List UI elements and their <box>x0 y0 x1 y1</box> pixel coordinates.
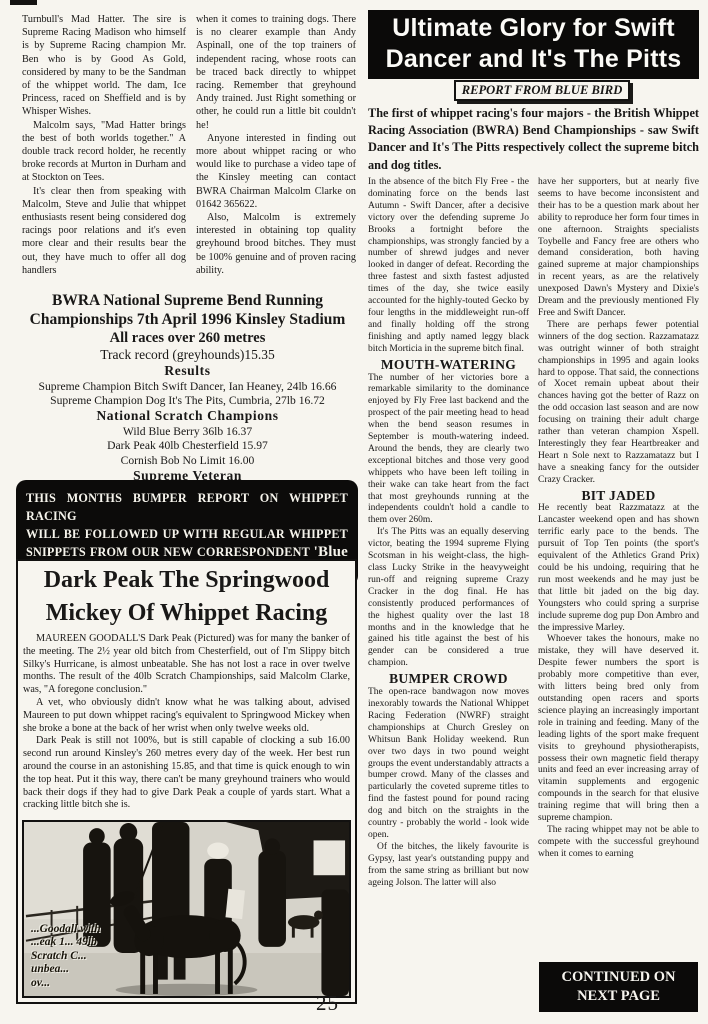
whippet-photo: ...Goodall with ...eak 1... 49lb Scratch… <box>22 820 351 998</box>
paragraph: Turnbull's Mad Hatter. The sire is Supre… <box>22 13 186 119</box>
result-line: Dark Peak 40lb Chesterfield 15.97 <box>17 439 358 453</box>
paragraph: He recently beat Razzmatazz at the Lanca… <box>538 503 699 634</box>
results-title: BWRA National Supreme Bend Running <box>17 291 358 310</box>
newspaper-page: Turnbull's Mad Hatter. The sire is Supre… <box>0 0 708 1024</box>
spectator-silhouette <box>89 828 105 844</box>
white-bag <box>225 889 245 919</box>
paragraph: A vet, who obviously didn't know what he… <box>23 697 350 735</box>
section-heading-bit-jaded: BIT JADED <box>538 490 699 502</box>
whippet-leg <box>140 951 145 994</box>
paragraph: MAUREEN GOODALL'S Dark Peak (Pictured) w… <box>23 633 350 697</box>
grandstand-window <box>314 840 346 875</box>
whippet-hindquarters <box>209 919 241 952</box>
section-heading-mouth-watering: MOUTH-WATERING <box>368 359 529 371</box>
paragraph: have her supporters, but at nearly five … <box>538 177 699 320</box>
paragraph: Malcolm says, "Mad Hatter brings the bes… <box>22 119 186 185</box>
headline-line: Dancer and It's The Pitts <box>368 44 699 75</box>
results-title: Championships 7th April 1996 Kinsley Sta… <box>17 310 358 329</box>
paragraph: It's The Pitts was an equally deserving … <box>368 527 529 670</box>
intro-paragraph: The first of whippet racing's four major… <box>368 105 699 174</box>
result-line: Wild Blue Berry 36lb 16.37 <box>17 425 358 439</box>
results-heading: Results <box>17 363 358 380</box>
spectator-silhouette <box>258 851 286 947</box>
results-subtitle: All races over 260 metres <box>17 329 358 347</box>
paragraph: Dark Peak is still not 100%, but is stil… <box>23 735 350 812</box>
paragraph: Whoever takes the honours, make no mista… <box>538 634 699 825</box>
spectator-silhouette <box>321 890 349 996</box>
byline-text: REPORT FROM BLUE BIRD <box>462 83 623 97</box>
paragraph: In the absence of the bitch Fly Free - t… <box>368 177 529 356</box>
banner-line: THIS MONTHS BUMPER REPORT ON WHIPPET RAC… <box>26 489 348 525</box>
paragraph: Anyone interested in finding out more ab… <box>196 132 356 211</box>
result-line: Supreme Champion Dog It's The Pits, Cumb… <box>17 394 358 408</box>
pale-hat <box>207 842 229 858</box>
paragraph: Also, Malcolm is extremely interested in… <box>196 211 356 277</box>
results-block: BWRA National Supreme Bend Running Champ… <box>17 291 358 499</box>
section-heading-bumper-crowd: BUMPER CROWD <box>368 673 529 685</box>
paragraph: Of the bitches, the likely favourite is … <box>368 842 529 890</box>
banner-line: WILL BE FOLLOWED UP WITH REGULAR WHIPPET <box>26 525 348 543</box>
continued-line: NEXT PAGE <box>539 987 698 1006</box>
photo-caption-line: ...Goodall with <box>31 923 101 937</box>
turnbull-article-col2: when it comes to training dogs. There is… <box>196 13 356 277</box>
paragraph: when it comes to training dogs. There is… <box>196 13 356 132</box>
continued-line: CONTINUED ON <box>539 968 698 987</box>
whippet-leg <box>153 953 158 994</box>
result-line: Supreme Champion Bitch Swift Dancer, Ian… <box>17 380 358 394</box>
whippet-leg <box>215 951 220 994</box>
small-dog-leg <box>311 925 314 937</box>
small-dog-leg <box>292 925 295 937</box>
page-edge-mark <box>10 0 37 5</box>
spectator-silhouette <box>264 838 280 854</box>
headline-line: Ultimate Glory for Swift <box>368 13 699 44</box>
turnbull-article-col1: Turnbull's Mad Hatter. The sire is Supre… <box>22 13 186 277</box>
dark-peak-article: Dark Peak The Springwood Mickey Of Whipp… <box>16 559 357 1004</box>
article-column-right: have her supporters, but at nearly five … <box>538 177 699 958</box>
photo-caption-line: Scratch C... <box>31 950 101 964</box>
article-column-left: In the absence of the bitch Fly Free - t… <box>368 177 529 1005</box>
photo-caption: ...Goodall with ...eak 1... 49lb Scratch… <box>31 923 101 991</box>
dark-peak-title: Mickey Of Whippet Racing <box>18 599 355 627</box>
ground-shadow <box>116 984 258 996</box>
small-dog-head <box>314 911 323 920</box>
continued-next-page-box: CONTINUED ON NEXT PAGE <box>539 962 698 1012</box>
photo-caption-line: ov... <box>31 977 101 991</box>
track-record: Track record (greyhounds)15.35 <box>17 347 358 363</box>
paragraph: There are perhaps fewer potential winner… <box>538 320 699 487</box>
banner-text: SNIPPETS FROM OUR NEW CORRESPONDENT <box>26 545 310 559</box>
whippet-leg <box>228 949 233 994</box>
dark-peak-title: Dark Peak The Springwood <box>18 566 355 594</box>
photo-caption-line: unbea... <box>31 963 101 977</box>
photo-caption-line: ...eak 1... 49lb <box>31 936 101 950</box>
paragraph: The open-race bandwagon now moves inexor… <box>368 687 529 842</box>
report-byline-box: REPORT FROM BLUE BIRD <box>454 80 630 101</box>
dark-peak-body: MAUREEN GOODALL'S Dark Peak (Pictured) w… <box>23 633 350 823</box>
paragraph: The racing whippet may not be able to co… <box>538 825 699 861</box>
scratch-champions-heading: National Scratch Champions <box>17 408 358 425</box>
paragraph: The number of her victories bore a remar… <box>368 373 529 528</box>
page-number: 25 <box>316 991 339 1016</box>
paragraph: It's clear then from speaking with Malco… <box>22 185 186 277</box>
main-headline: Ultimate Glory for Swift Dancer and It's… <box>368 10 699 79</box>
result-line: Cornish Bob No Limit 16.00 <box>17 454 358 468</box>
